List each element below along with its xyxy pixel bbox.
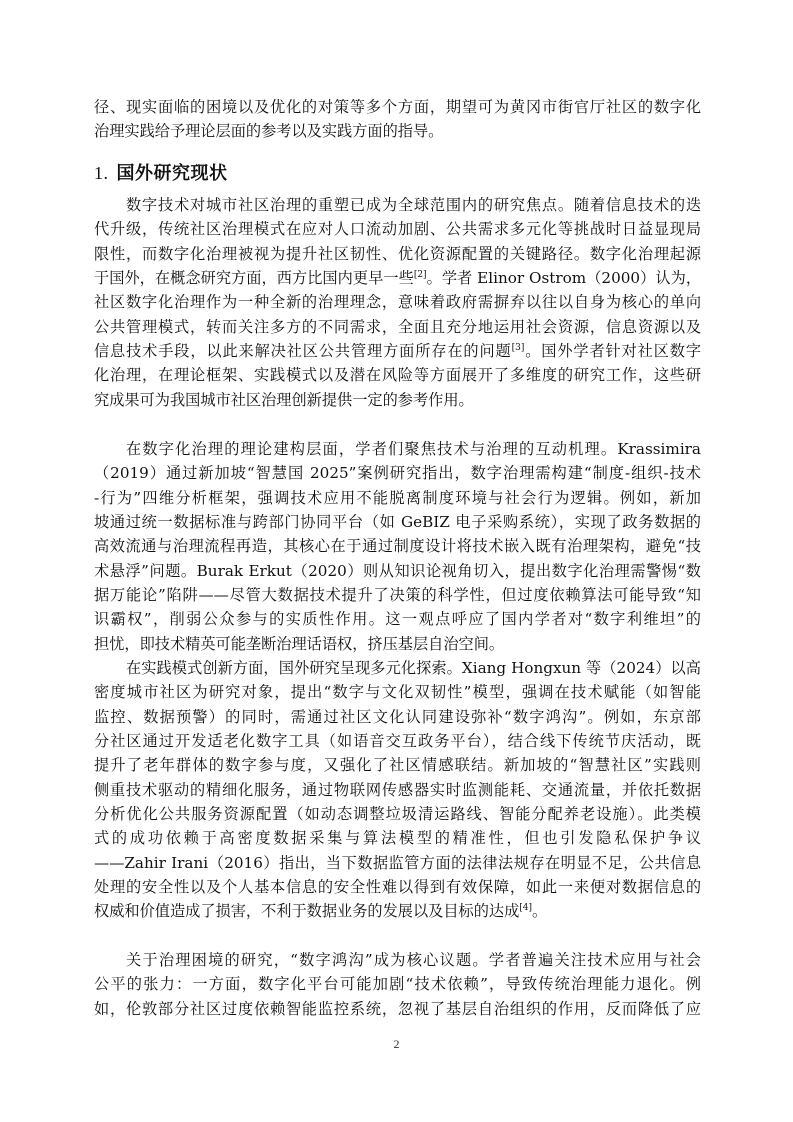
text-line: 提升了老年群体的数字参与度，又强化了社区情感联结。新加坡的“智慧社区”实践则: [94, 753, 701, 777]
section-number: 1.: [94, 163, 109, 183]
line-text: 权威和价值造成了损害，不利于数据业务的发展以及目标的达成: [94, 902, 519, 920]
text-line: 侧重技术驱动的精细化服务，通过物联网传感器实时监测能耗、交通流量，并依托数据: [94, 778, 701, 802]
page-number: 2: [0, 1037, 793, 1052]
text-line: 究成果可为我国城市社区治理创新提供一定的参考作用。: [94, 388, 701, 412]
text-line: 担忧，即技术精英可能垄断治理话语权，挤压基层自治空间。: [94, 632, 701, 656]
text-line: 公平的张力：一方面，数字化平台可能加剧“技术依赖”，导致传统治理能力退化。例: [94, 972, 701, 996]
text-line: 代升级，传统社区治理模式在应对人口流动加剧、公共需求多元化等挑战时日益显现局: [94, 217, 701, 241]
text-line: 高效流通与治理流程再造，其核心在于通过制度设计将技术嵌入既有治理架构，避免“技: [94, 534, 701, 558]
document-page: 径、现实面临的困境以及优化的对策等多个方面，期望可为黄冈市街官厅社区的数字化 治…: [0, 0, 793, 1122]
text-line: 关于治理困境的研究，“数字鸿沟”成为核心议题。学者普遍关注技术应用与社会: [94, 948, 701, 972]
citation-ref: [2]: [414, 270, 427, 280]
text-line: 在实践模式创新方面，国外研究呈现多元化探索。Xiang Hongxun 等（20…: [94, 656, 701, 680]
line-text: 于国外，在概念研究方面，西方比国内更早一些: [94, 269, 414, 287]
text-line: 信息技术手段，以此来解决社区公共管理方面所存在的问题[3]。国外学者针对社区数字: [94, 339, 701, 363]
text-line: 在数字化治理的理论建构层面，学者们聚焦技术与治理的互动机理。Krassimira: [94, 437, 701, 461]
text-line: 权威和价值造成了损害，不利于数据业务的发展以及目标的达成[4]。: [94, 899, 701, 923]
text-line: 于国外，在概念研究方面，西方比国内更早一些[2]。学者 Elinor Ostro…: [94, 266, 701, 290]
text-line: ——Zahir Irani（2016）指出，当下数据监管方面的法律法规存在明显不…: [94, 851, 701, 875]
text-line: 式的成功依赖于高密度数据采集与算法模型的精准性，但也引发隐私保护争议: [94, 826, 701, 850]
text-line: 分社区通过开发适老化数字工具（如语音交互政务平台），结合线下传统节庆活动，既: [94, 729, 701, 753]
text-line: 治理实践给予理论层面的参考以及实践方面的指导。: [94, 119, 701, 143]
citation-ref: [3]: [512, 343, 525, 353]
text-line: 社区数字化治理作为一种全新的治理理念，意味着政府需摒弃以往以自身为核心的单向: [94, 290, 701, 314]
text-line: 数字技术对城市社区治理的重塑已成为全球范围内的研究焦点。随着信息技术的迭: [94, 193, 701, 217]
line-text: 信息技术手段，以此来解决社区公共管理方面所存在的问题: [94, 342, 512, 360]
line-text: 。: [532, 902, 547, 920]
text-line: 术悬浮”问题。Burak Erkut（2020）则从知识论视角切入，提出数字化治…: [94, 559, 701, 583]
text-line: 公共管理模式，转而关注多方的不同需求，全面且充分地运用社会资源，信息资源以及: [94, 315, 701, 339]
paragraph-1: 数字技术对城市社区治理的重塑已成为全球范围内的研究焦点。随着信息技术的迭 代升级…: [94, 193, 701, 412]
text-line: 坡通过统一数据标准与跨部门协同平台（如 GeBIZ 电子采购系统），实现了政务数…: [94, 510, 701, 534]
line-text: 。学者 Elinor Ostrom（2000）认为，: [427, 269, 701, 287]
text-line: 监控、数据预警）的同时，需通过社区文化认同建设弥补“数字鸿沟”。例如，东京部: [94, 705, 701, 729]
text-line: 分析优化公共服务资源配置（如动态调整垃圾清运路线、智能分配养老设施）。此类模: [94, 802, 701, 826]
paragraph-4: 关于治理困境的研究，“数字鸿沟”成为核心议题。学者普遍关注技术应用与社会 公平的…: [94, 948, 701, 1021]
text-line: 如，伦敦部分社区过度依赖智能监控系统，忽视了基层自治组织的作用，反而降低了应: [94, 997, 701, 1021]
section-heading: 1.国外研究现状: [94, 160, 228, 187]
text-line: 识霸权”，削弱公众参与的实质性作用。这一观点呼应了国内学者对“数字利维坦”的: [94, 607, 701, 631]
text-line: 密度城市社区为研究对象，提出“数字与文化双韧性”模型，强调在技术赋能（如智能: [94, 680, 701, 704]
text-line: 径、现实面临的困境以及优化的对策等多个方面，期望可为黄冈市街官厅社区的数字化: [94, 95, 701, 119]
paragraph-3: 在实践模式创新方面，国外研究呈现多元化探索。Xiang Hongxun 等（20…: [94, 656, 701, 924]
section-title: 国外研究现状: [117, 163, 228, 184]
line-text: 。国外学者针对社区数字: [524, 342, 701, 360]
intro-paragraph: 径、现实面临的困境以及优化的对策等多个方面，期望可为黄冈市街官厅社区的数字化 治…: [94, 95, 701, 144]
citation-ref: [4]: [519, 903, 532, 913]
text-line: 化治理，在理论框架、实践模式以及潜在风险等方面展开了多维度的研究工作，这些研: [94, 363, 701, 387]
text-line: 据万能论”陷阱——尽管大数据技术提升了决策的科学性，但过度依赖算法可能导致“知: [94, 583, 701, 607]
text-line: 处理的安全性以及个人基本信息的安全性难以得到有效保障，如此一来便对数据信息的: [94, 875, 701, 899]
paragraph-2: 在数字化治理的理论建构层面，学者们聚焦技术与治理的互动机理。Krassimira…: [94, 437, 701, 656]
text-line: （2019）通过新加坡“智慧国 2025”案例研究指出，数字治理需构建“制度-组…: [94, 461, 701, 485]
text-line: -行为”四维分析框架，强调技术应用不能脱离制度环境与社会行为逻辑。例如，新加: [94, 486, 701, 510]
text-line: 限性，而数字化治理被视为提升社区韧性、优化资源配置的关键路径。数字化治理起源: [94, 242, 701, 266]
